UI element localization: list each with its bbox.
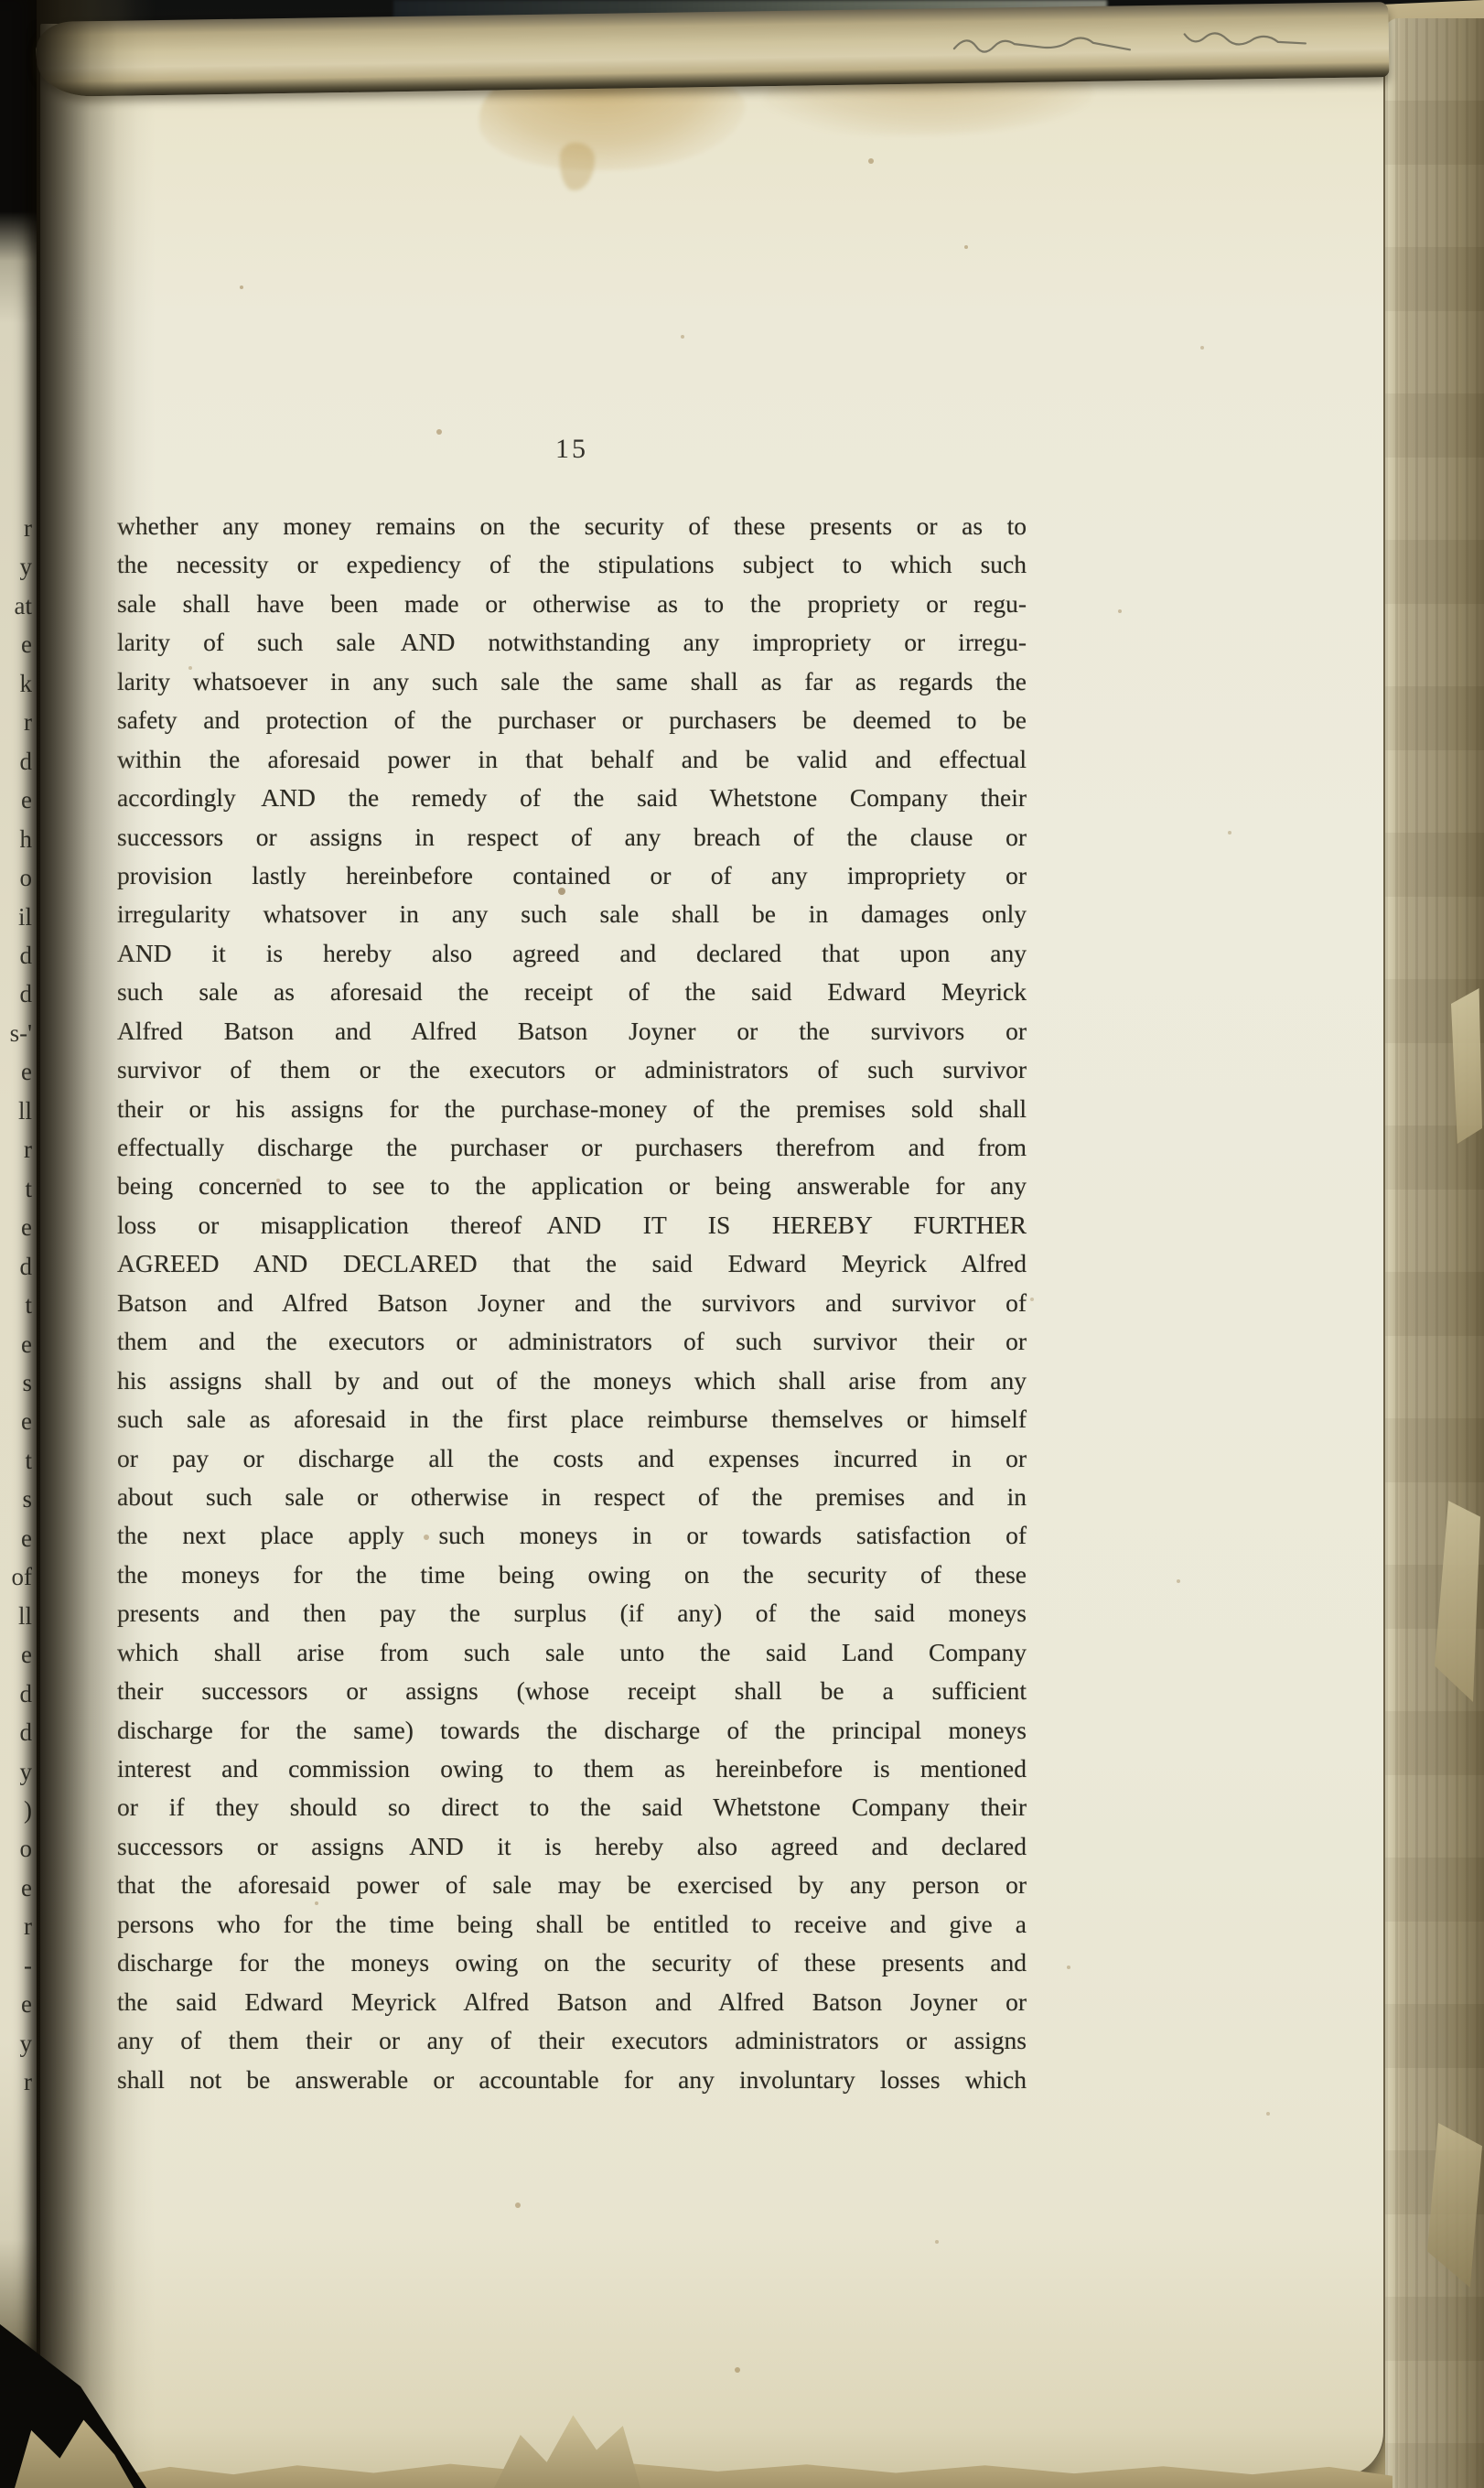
text-line: safety and protection of the purchaser o… [117,701,1027,739]
text-line: presents and then pay the surplus (if an… [117,1594,1027,1632]
text-line: successors or assigns AND it is hereby a… [117,1827,1027,1866]
text-line: shall not be answerable or accountable f… [117,2061,1027,2099]
open-book-photo: ryatekrdehoildds-'ellrtedtesetseoflleddy… [0,0,1484,2488]
text-line: the next place apply such moneys in or t… [117,1516,1027,1555]
page-number: 15 [117,434,1027,465]
text-line: survivor of them or the executors or adm… [117,1050,1027,1089]
text-line: any of them their or any of their execut… [117,2021,1027,2060]
text-line: that the aforesaid power of sale may be … [117,1866,1027,1904]
text-line: within the aforesaid power in that behal… [117,740,1027,779]
text-line: larity of such sale AND notwithstanding … [117,623,1027,662]
paper-speckles [40,24,44,27]
facing-page-shadow [0,0,37,2488]
text-line: Alfred Batson and Alfred Batson Joyner o… [117,1012,1027,1050]
stain-drip [560,143,595,190]
text-line: irregularity whatsover in any such sale … [117,895,1027,933]
text-line: the necessity or expediency of the stipu… [117,545,1027,584]
page-edge-stack [1385,18,1484,2488]
text-line: interest and commission owing to them as… [117,1750,1027,1788]
text-line: his assigns shall by and out of the mone… [117,1362,1027,1400]
text-line: the moneys for the time being owing on t… [117,1556,1027,1594]
text-line: loss or misapplication thereof AND IT IS… [117,1206,1027,1244]
text-line: AGREED AND DECLARED that the said Edward… [117,1244,1027,1283]
text-line: AND it is hereby also agreed and declare… [117,934,1027,973]
handwriting-mark [949,15,1371,67]
text-line: their or his assigns for the purchase-mo… [117,1090,1027,1128]
text-line: being concerned to see to the applicatio… [117,1167,1027,1205]
page-edge-texture [1385,18,1484,2488]
text-line: provision lastly hereinbefore contained … [117,856,1027,895]
text-line: such sale as aforesaid the receipt of th… [117,973,1027,1011]
text-line: larity whatsoever in any such sale the s… [117,662,1027,701]
text-line: sale shall have been made or otherwise a… [117,585,1027,623]
text-line: which shall arise from such sale unto th… [117,1633,1027,1672]
text-line: whether any money remains on the securit… [117,507,1027,545]
body-text: whether any money remains on the securit… [117,507,1027,2099]
text-line: them and the executors or administrators… [117,1322,1027,1361]
text-line: or if they should so direct to the said … [117,1788,1027,1826]
text-line: persons who for the time being shall be … [117,1905,1027,1944]
text-line: such sale as aforesaid in the first plac… [117,1400,1027,1438]
text-line: accordingly AND the remedy of the said W… [117,779,1027,817]
text-line: effectually discharge the purchaser or p… [117,1128,1027,1167]
text-line: the said Edward Meyrick Alfred Batson an… [117,1983,1027,2021]
text-line: successors or assigns in respect of any … [117,818,1027,856]
text-line: or pay or discharge all the costs and ex… [117,1439,1027,1478]
text-line: Batson and Alfred Batson Joyner and the … [117,1284,1027,1322]
book-page: 15 whether any money remains on the secu… [40,24,1385,2476]
text-line: discharge for the same) towards the disc… [117,1711,1027,1750]
text-line: about such sale or otherwise in respect … [117,1478,1027,1516]
text-line: their successors or assigns (whose recei… [117,1672,1027,1710]
text-line: discharge for the moneys owing on the se… [117,1944,1027,1982]
